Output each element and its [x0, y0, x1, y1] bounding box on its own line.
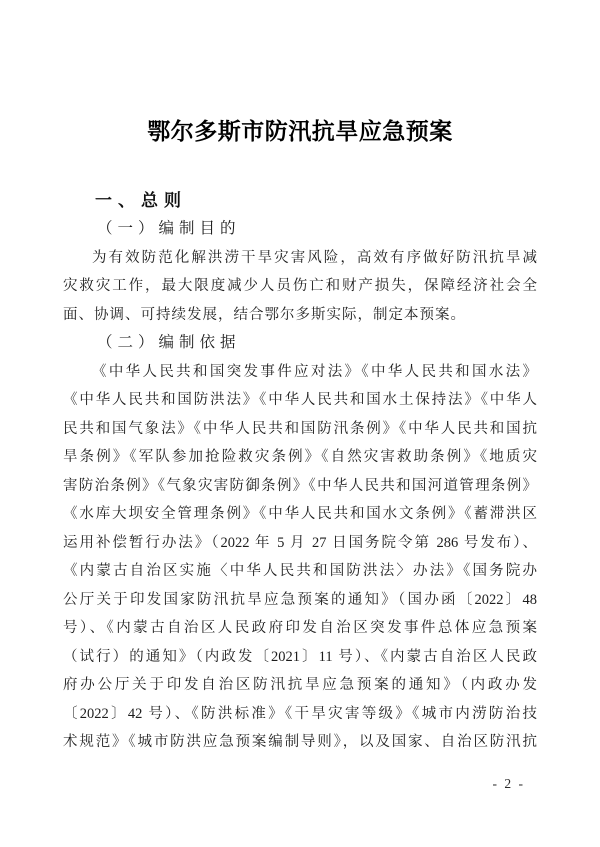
- text-line: 公厅关于印发国家防汛抗旱应急预案的通知》（国办函〔2022〕48: [63, 586, 537, 615]
- text-line: 术规范》《城市防洪应急预案编制导则》，以及国家、自治区防汛抗: [63, 728, 537, 757]
- text-line: 灾救灾工作，最大限度减少人员伤亡和财产损失，保障经济社会全: [63, 272, 537, 301]
- text-line: 〔2022〕42 号）、《防洪标准》《干旱灾害等级》《城市内涝防治技: [63, 700, 537, 729]
- text-line: 运用补偿暂行办法》（2022 年 5 月 27 日国务院令第 286 号发布）、: [63, 529, 537, 558]
- text-line: 面、协调、可持续发展，结合鄂尔多斯实际，制定本预案。: [63, 301, 537, 330]
- text-line: 民共和国气象法》《中华人民共和国防汛条例》《中华人民共和国抗: [63, 415, 537, 444]
- document-page: 鄂尔多斯市防汛抗旱应急预案 一、总则 （一）编制目的 为有效防范化解洪涝干旱灾害…: [0, 0, 600, 847]
- section-heading-zongze: 一、总则: [63, 186, 537, 215]
- text-line: 为有效防范化解洪涝干旱灾害风险，高效有序做好防汛抗旱减: [63, 244, 537, 273]
- text-line: 《水库大坝安全管理条例》《中华人民共和国水文条例》《蓄滞洪区: [63, 500, 537, 529]
- text-line: 号）、《内蒙古自治区人民政府印发自治区突发事件总体应急预案: [63, 614, 537, 643]
- page-number: - 2 -: [493, 776, 526, 792]
- text-line: （试行）的通知》（内政发〔2021〕11 号）、《内蒙古自治区人民政: [63, 643, 537, 672]
- text-line: 旱条例》《军队参加抢险救灾条例》《自然灾害救助条例》《地质灾: [63, 443, 537, 472]
- text-line: 害防治条例》《气象灾害防御条例》《中华人民共和国河道管理条例》: [63, 472, 537, 501]
- document-content: 鄂尔多斯市防汛抗旱应急预案 一、总则 （一）编制目的 为有效防范化解洪涝干旱灾害…: [63, 116, 537, 757]
- text-line: 《中华人民共和国突发事件应对法》《中华人民共和国水法》: [63, 358, 537, 387]
- document-title: 鄂尔多斯市防汛抗旱应急预案: [63, 116, 537, 148]
- text-line: 《中华人民共和国防洪法》《中华人民共和国水土保持法》《中华人: [63, 386, 537, 415]
- subsection-heading-bianzhi-yiju: （二）编制依据: [63, 329, 537, 358]
- subsection-heading-bianzhi-mudi: （一）编制目的: [63, 215, 537, 244]
- text-line: 《内蒙古自治区实施〈中华人民共和国防洪法〉办法》《国务院办: [63, 557, 537, 586]
- text-line: 府办公厅关于印发自治区防汛抗旱应急预案的通知》（内政办发: [63, 671, 537, 700]
